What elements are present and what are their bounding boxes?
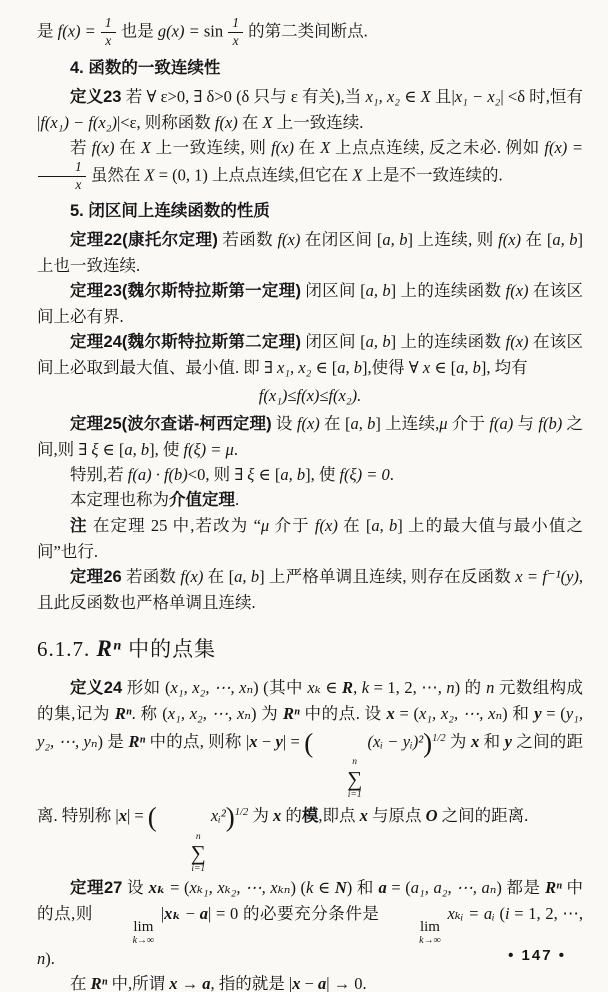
math-run: a, b xyxy=(124,440,149,459)
math-run: f(x) xyxy=(215,113,238,132)
math-run: a, b xyxy=(552,230,577,249)
summation: n∑i=1 xyxy=(158,833,206,875)
text-run: ) ( xyxy=(290,878,306,897)
text-run: − xyxy=(258,732,276,751)
math-run: a, b xyxy=(382,230,407,249)
text-run: ∈ [ xyxy=(98,440,124,459)
math-run: (xᵢ − yᵢ)² xyxy=(363,732,423,751)
text-run: = 1, 2, ⋯, xyxy=(369,678,446,697)
math-run: f(a) xyxy=(489,414,513,433)
fd: x xyxy=(228,33,243,49)
text-run: 上一致连续. xyxy=(273,113,364,132)
text-run: 在 xyxy=(115,138,141,157)
math-run: f(x) xyxy=(506,332,529,351)
sub-heading: 4. 函数的一致连续性 xyxy=(37,56,583,81)
vector-run: Rⁿ xyxy=(128,732,145,751)
math-run: f(x) xyxy=(315,516,338,535)
text-run: = ( xyxy=(542,704,566,723)
big-paren: ( xyxy=(148,803,157,833)
text-run: . xyxy=(390,465,394,484)
text-run: 虽然在 xyxy=(87,165,145,184)
math-run: X xyxy=(320,138,330,157)
math-run: x₁ − x₂ xyxy=(455,87,501,106)
math-run: f(b) xyxy=(538,414,562,433)
math-run: f(ξ) = μ xyxy=(184,440,234,459)
text-run: → xyxy=(178,974,203,992)
text-run: = ( xyxy=(165,878,189,897)
text-run: 若函数 xyxy=(122,567,181,586)
math-run: f(ξ) = 0 xyxy=(339,465,389,484)
text-run: 中的点, 则称 | xyxy=(145,732,249,751)
math-run: f(x) = xyxy=(58,21,100,40)
paragraph: 是 f(x) = 1x 也是 g(x) = sin 1x 的第二类间断点. xyxy=(37,16,583,49)
paragraph: 定理22(康托尔定理) 若函数 f(x) 在闭区间 [a, b] 上连续, 则 … xyxy=(37,227,583,278)
text-run: ∈ [ xyxy=(311,358,337,377)
vector-run: Rⁿ xyxy=(97,636,122,661)
paragraph: 定理23(魏尔斯特拉斯第一定理) 闭区间 [a, b] 上的连续函数 f(x) … xyxy=(37,278,583,329)
paragraph: 定理26 若函数 f(x) 在 [a, b] 上严格单调且连续, 则存在反函数 … xyxy=(37,564,583,615)
bold-run: 注 xyxy=(70,517,88,535)
fraction: 1x xyxy=(227,16,244,49)
math-run: x₁, x₂ ∈ X xyxy=(366,87,431,106)
text-run: 形如 ( xyxy=(122,678,170,697)
text-run: 在定理 25 中,若改为 “ xyxy=(88,516,261,535)
text-run: <0, 则 ∃ xyxy=(188,465,248,484)
vector-run: xₖ xyxy=(149,878,166,897)
vector-run: x xyxy=(273,806,281,825)
text-run: 之间的距离. xyxy=(438,806,529,825)
text-run: | → 0. xyxy=(326,974,366,992)
l-word: lim xyxy=(100,920,153,935)
s-bot: i=1 xyxy=(158,865,205,875)
bold-run: 定理25(波尔查诺-柯西定理) xyxy=(70,415,272,433)
vector-run: O xyxy=(426,806,438,825)
text-run: ( xyxy=(495,904,505,923)
big-paren: ) xyxy=(226,803,235,833)
text-run: ) 的 xyxy=(455,678,486,697)
math-run: xₖ xyxy=(307,678,320,697)
fd: x xyxy=(38,177,86,193)
math-run: f(x) xyxy=(297,414,320,433)
fd: x xyxy=(101,33,116,49)
section-heading: 6.1.7. Rⁿ 中的点集 xyxy=(37,635,583,663)
vector-run: x xyxy=(119,806,127,825)
text-run: 上点点连续, 反之未必. 例如 xyxy=(330,138,544,157)
math-run: xₖᵢ = aᵢ xyxy=(443,904,495,923)
math-run: a, b xyxy=(350,414,375,433)
text-run: ∈ [ xyxy=(430,358,456,377)
big-paren: ) xyxy=(423,729,432,759)
text-run: ) 和 xyxy=(502,704,534,723)
math-run: X xyxy=(352,165,362,184)
superscript: 1/2 xyxy=(235,807,248,818)
text-run: = (0, 1) 上点点连续,但它在 xyxy=(155,165,353,184)
limit: limk→∞ xyxy=(386,920,441,946)
bold-run: 定理23(魏尔斯特拉斯第一定理) xyxy=(70,282,301,300)
bold-run: 定理26 xyxy=(70,568,122,586)
text-run: = ( xyxy=(395,704,419,723)
bold-run: 定理27 xyxy=(70,879,122,897)
text-run: | = xyxy=(283,732,304,751)
fraction: 1x xyxy=(100,16,117,49)
text-run: 本定理也称为 xyxy=(70,490,169,509)
vector-run: a xyxy=(202,974,210,992)
math-run: f(x) xyxy=(271,138,294,157)
s-sig: ∑ xyxy=(314,768,362,791)
bold-run: 5. 闭区间上连续函数的性质 xyxy=(70,202,270,220)
vector-run: Rⁿ xyxy=(283,704,300,723)
text-run: 若函数 xyxy=(218,230,278,249)
l-bot: k→∞ xyxy=(100,936,155,946)
text-run: 在 [ xyxy=(203,567,234,586)
math-run: n xyxy=(37,949,45,968)
text-run: 上是不一致连续的. xyxy=(362,165,502,184)
text-run: 在 [ xyxy=(338,516,372,535)
fraction: 1x xyxy=(37,160,87,193)
text-run: 中的点. 设 xyxy=(300,704,387,723)
text-run: ,即点 xyxy=(318,806,359,825)
l-bot: k→∞ xyxy=(386,936,441,946)
text-run: 的 xyxy=(281,806,302,825)
math-run: n xyxy=(446,678,454,697)
bold-run: 定理22(康托尔定理) xyxy=(70,231,218,249)
paragraph: 注 在定理 25 中,若改为 “μ 介于 f(x) 在 [a, b] 上的最大值… xyxy=(37,513,583,564)
text-run: ], 使 xyxy=(305,465,339,484)
paragraph: 特别,若 f(a) · f(b)<0, 则 ∃ ξ ∈ [a, b], 使 f(… xyxy=(37,462,583,487)
paragraph: 定理25(波尔查诺-柯西定理) 设 f(x) 在 [a, b] 上连续,μ 介于… xyxy=(37,411,583,462)
math-run: X xyxy=(263,113,273,132)
big-paren: ( xyxy=(304,729,313,759)
text-run: ∈ xyxy=(321,678,342,697)
math-run: a, b xyxy=(366,332,391,351)
fn: 1 xyxy=(101,16,116,33)
text-run: 特别,若 xyxy=(70,465,128,484)
math-run: f(x) xyxy=(92,138,115,157)
bold-run: 定义24 xyxy=(70,679,122,697)
fn: 1 xyxy=(228,16,243,33)
text-run: 闭区间 [ xyxy=(301,332,366,351)
bold-run: 模 xyxy=(302,807,319,825)
fn: 1 xyxy=(38,160,86,177)
text-run: 闭区间 [ xyxy=(301,281,366,300)
text-run: | xyxy=(156,904,164,923)
text-run: 介于 xyxy=(448,414,490,433)
formula: f(x₁)≤f(x)≤f(x₂). xyxy=(37,383,583,408)
text-run: 中,所谓 xyxy=(107,974,169,992)
math-run: a, b xyxy=(366,281,391,300)
text-run: ], 使 xyxy=(149,440,183,459)
paragraph: 定义23 若 ∀ ε>0, ∃ δ>0 (δ 只与 ε 有关),当 x₁, x₂… xyxy=(37,84,583,135)
text-run: 在 [ xyxy=(320,414,351,433)
bold-run: 定理24(魏尔斯特拉斯第二定理) xyxy=(70,333,301,351)
math-run: f(x₁) − f(x₂) xyxy=(40,113,117,132)
l-word: lim xyxy=(387,920,440,935)
text-run: ],使得 ∀ xyxy=(362,358,423,377)
text-run: ] 上的连续函数 xyxy=(391,281,506,300)
vector-run: a xyxy=(318,974,326,992)
text-run: 6.1.7. xyxy=(37,637,97,661)
text-run: 在 xyxy=(294,138,320,157)
math-run: a, b xyxy=(337,358,362,377)
vector-run: a xyxy=(378,878,386,897)
text-run: 设 xyxy=(272,414,297,433)
math-run: x₁, x₂, ⋯, xₙ xyxy=(168,704,251,723)
text-run: − xyxy=(300,974,318,992)
math-run: μ xyxy=(261,516,269,535)
math-run: f(a) · f(b) xyxy=(128,465,188,484)
text-run: | = 0 的必要充分条件是 xyxy=(208,904,384,923)
paragraph: 若 f(x) 在 X 上一致连续, 则 f(x) 在 X 上点点连续, 反之未必… xyxy=(37,135,583,193)
text-run: 若 xyxy=(70,138,92,157)
text-run: 也是 xyxy=(117,21,158,40)
math-run: X xyxy=(145,165,155,184)
text-run: ] 上连续, 则 xyxy=(408,230,499,249)
superscript: 1/2 xyxy=(432,733,445,744)
limit: limk→∞ xyxy=(100,920,155,946)
math-run: x₁, x₂, ⋯, xₙ xyxy=(419,704,502,723)
text-run: ) (其中 xyxy=(253,678,307,697)
text-run: | = xyxy=(127,806,148,825)
vector-run: x xyxy=(249,732,257,751)
s-bot: i=1 xyxy=(315,791,362,801)
math-run: x₁, x₂ xyxy=(277,358,311,377)
bold-run: 4. 函数的一致连续性 xyxy=(70,59,220,77)
paragraph: 在 Rⁿ 中,所谓 x → a, 指的就是 |x − a| → 0. xyxy=(37,971,583,992)
math-run: f(x) = xyxy=(544,138,583,157)
text-run: . xyxy=(235,490,239,509)
text-run: ] 上连续, xyxy=(375,414,439,433)
math-run: a₁, a₂, ⋯, aₙ xyxy=(411,878,497,897)
text-run: 为 xyxy=(248,806,273,825)
math-run: f(x) xyxy=(506,281,529,300)
vector-run: x xyxy=(169,974,177,992)
text-run: ∈ xyxy=(313,878,334,897)
bold-run: 介值定理 xyxy=(169,491,235,509)
text-run: 上一致连续, 则 xyxy=(151,138,271,157)
math-run: f(x) xyxy=(498,230,521,249)
vector-run: Rⁿ xyxy=(115,704,132,723)
math-run: a, b xyxy=(234,567,259,586)
scanned-textbook-page: 是 f(x) = 1x 也是 g(x) = sin 1x 的第二类间断点.4. … xyxy=(0,0,608,992)
math-run: x₁, x₂, ⋯, xₙ xyxy=(171,678,254,697)
text-run: . 称 ( xyxy=(132,704,168,723)
text-column: 是 f(x) = 1x 也是 g(x) = sin 1x 的第二类间断点.4. … xyxy=(37,16,583,992)
text-run: 的第二类间断点. xyxy=(244,21,368,40)
text-run: = ( xyxy=(387,878,411,897)
text-run: ) 为 xyxy=(251,704,283,723)
vector-run: Rⁿ xyxy=(545,878,562,897)
text-run: 在 [ xyxy=(521,230,552,249)
text-run: , xyxy=(353,678,362,697)
text-run: 是 xyxy=(37,21,58,40)
text-run: |<ε, 则称函数 xyxy=(117,113,215,132)
math-run: X xyxy=(141,138,151,157)
text-run: ) 是 xyxy=(98,732,129,751)
text-run: 在 xyxy=(238,113,263,132)
text-run: ) 都是 xyxy=(496,878,545,897)
math-run: μ xyxy=(439,414,447,433)
text-run: 与原点 xyxy=(368,806,426,825)
math-run: f(x) xyxy=(180,567,203,586)
vector-run: y xyxy=(534,704,541,723)
page-number: • 147 • xyxy=(508,947,566,964)
text-run: ∈ [ xyxy=(254,465,280,484)
text-run: 介于 xyxy=(269,516,315,535)
s-sig: ∑ xyxy=(158,842,206,865)
text-run: 设 xyxy=(122,878,148,897)
text-run: ) 和 xyxy=(347,878,379,897)
text-run: , 指的就是 | xyxy=(211,974,293,992)
math-run: k xyxy=(362,678,369,697)
vector-run: Rⁿ xyxy=(91,974,108,992)
text-run: 中的点集 xyxy=(122,637,216,661)
text-run: 且| xyxy=(431,87,455,106)
math-run: a, b xyxy=(456,358,481,377)
text-run: ], 均有 xyxy=(481,358,528,377)
paragraph: 本定理也称为介值定理. xyxy=(37,487,583,513)
summation: n∑i=1 xyxy=(314,758,362,800)
text-run: ] 上严格单调且连续, 则存在反函数 xyxy=(259,567,515,586)
text-run: 在闭区间 [ xyxy=(300,230,382,249)
text-run: ] 上的连续函数 xyxy=(391,332,506,351)
text-run: sin xyxy=(204,21,227,40)
vector-run: xₖ xyxy=(164,904,181,923)
paragraph: 定理24(魏尔斯特拉斯第二定理) 闭区间 [a, b] 上的连续函数 f(x) … xyxy=(37,329,583,380)
vector-run: y xyxy=(276,732,283,751)
text-run: 若 ∀ ε>0, ∃ δ>0 (δ 只与 ε 有关),当 xyxy=(122,87,366,106)
text-run: 在 xyxy=(70,974,91,992)
vector-run: x xyxy=(360,806,368,825)
math-run: f(x) xyxy=(277,230,300,249)
math-run: a, b xyxy=(280,465,305,484)
math-run: xᵢ² xyxy=(207,806,226,825)
vector-run: N xyxy=(335,878,347,897)
vector-run: R xyxy=(342,678,353,697)
math-run: f(x₁)≤f(x)≤f(x₂). xyxy=(259,386,361,405)
text-run: = 1, 2, ⋯, xyxy=(510,904,583,923)
text-run: . xyxy=(234,440,238,459)
math-run: a, b xyxy=(371,516,397,535)
vector-run: y xyxy=(505,732,512,751)
text-run: − xyxy=(181,904,200,923)
vector-run: a xyxy=(200,904,208,923)
vector-run: x xyxy=(471,732,479,751)
math-run: g(x) = xyxy=(158,21,204,40)
text-run: 为 xyxy=(446,732,471,751)
text-run: 和 xyxy=(479,732,504,751)
bold-run: 定义23 xyxy=(70,88,122,106)
paragraph: 定义24 形如 (x₁, x₂, ⋯, xₙ) (其中 xₖ ∈ R, k = … xyxy=(37,675,583,874)
text-run: ). xyxy=(45,949,55,968)
paragraph: 定理27 设 xₖ = (xₖ₁, xₖ₂, ⋯, xₖₙ) (k ∈ N) 和… xyxy=(37,875,583,971)
math-run: x = f⁻¹(y) xyxy=(515,567,579,586)
text-run: 与 xyxy=(513,414,538,433)
math-run: xₖ₁, xₖ₂, ⋯, xₖₙ xyxy=(190,878,291,897)
sub-heading: 5. 闭区间上连续函数的性质 xyxy=(37,199,583,224)
vector-run: x xyxy=(386,704,394,723)
